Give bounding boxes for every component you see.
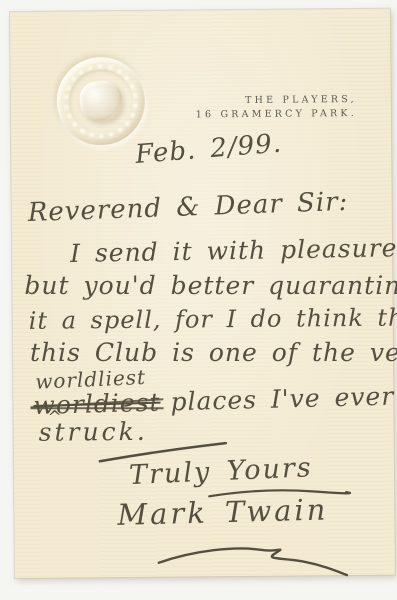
players-club-embossed-seal xyxy=(56,57,145,146)
date-line: Feb. 2/99. xyxy=(134,131,282,168)
body-line-5-rest: places I've ever xyxy=(170,382,394,417)
body-line-3: it a spell, for I do think that xyxy=(29,305,397,333)
salutation-line: Reverend & Dear Sir: xyxy=(27,189,348,226)
letterhead: THE PLAYERS, 16 GRAMERCY PARK. xyxy=(196,93,357,122)
body-line-4: this Club is one of the very xyxy=(30,340,397,365)
closing-line: Truly Yours xyxy=(129,454,314,489)
body-line-5: worldiestplaces I've ever xyxy=(33,384,394,418)
letterhead-organization: THE PLAYERS, xyxy=(196,93,357,108)
stroke-path xyxy=(159,548,347,577)
letter-photograph: THE PLAYERS, 16 GRAMERCY PARK. Feb. 2/99… xyxy=(0,0,397,600)
body-line-2: but you'd better quarantine xyxy=(24,273,397,298)
letter-paper: THE PLAYERS, 16 GRAMERCY PARK. Feb. 2/99… xyxy=(10,9,395,578)
signature-mark-twain: Mark Twain xyxy=(117,495,329,530)
letterhead-address: 16 GRAMERCY PARK. xyxy=(196,107,357,122)
signature-paraph-flourish xyxy=(155,537,351,579)
body-line-1: I send it with pleasure; xyxy=(70,235,397,266)
